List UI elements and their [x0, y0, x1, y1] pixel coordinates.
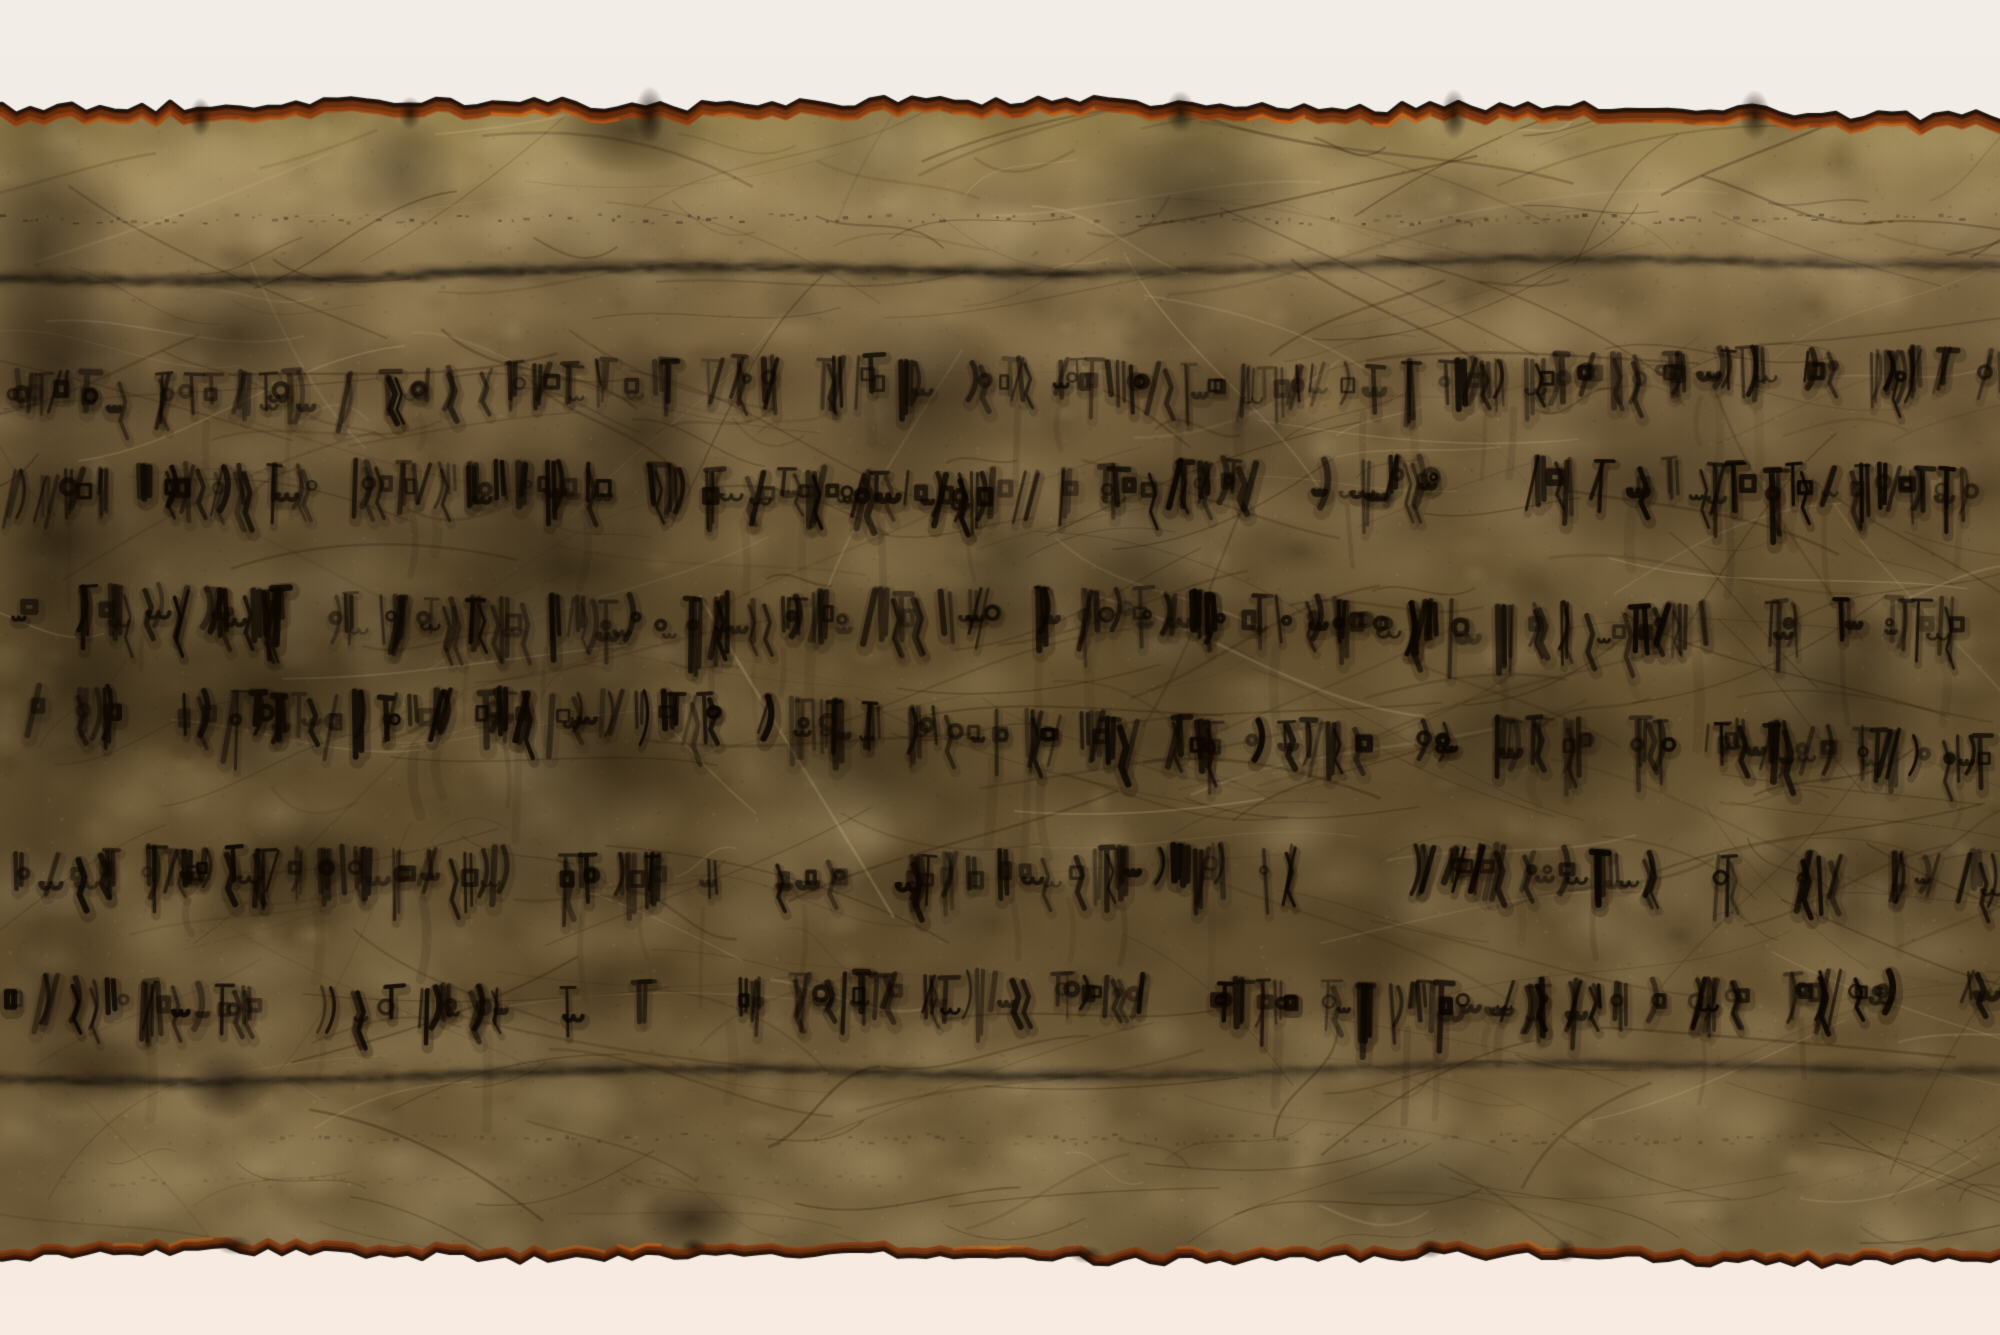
manuscript-photo-figure	[0, 0, 2000, 1335]
backlit-manuscript-canvas	[0, 0, 2000, 1335]
